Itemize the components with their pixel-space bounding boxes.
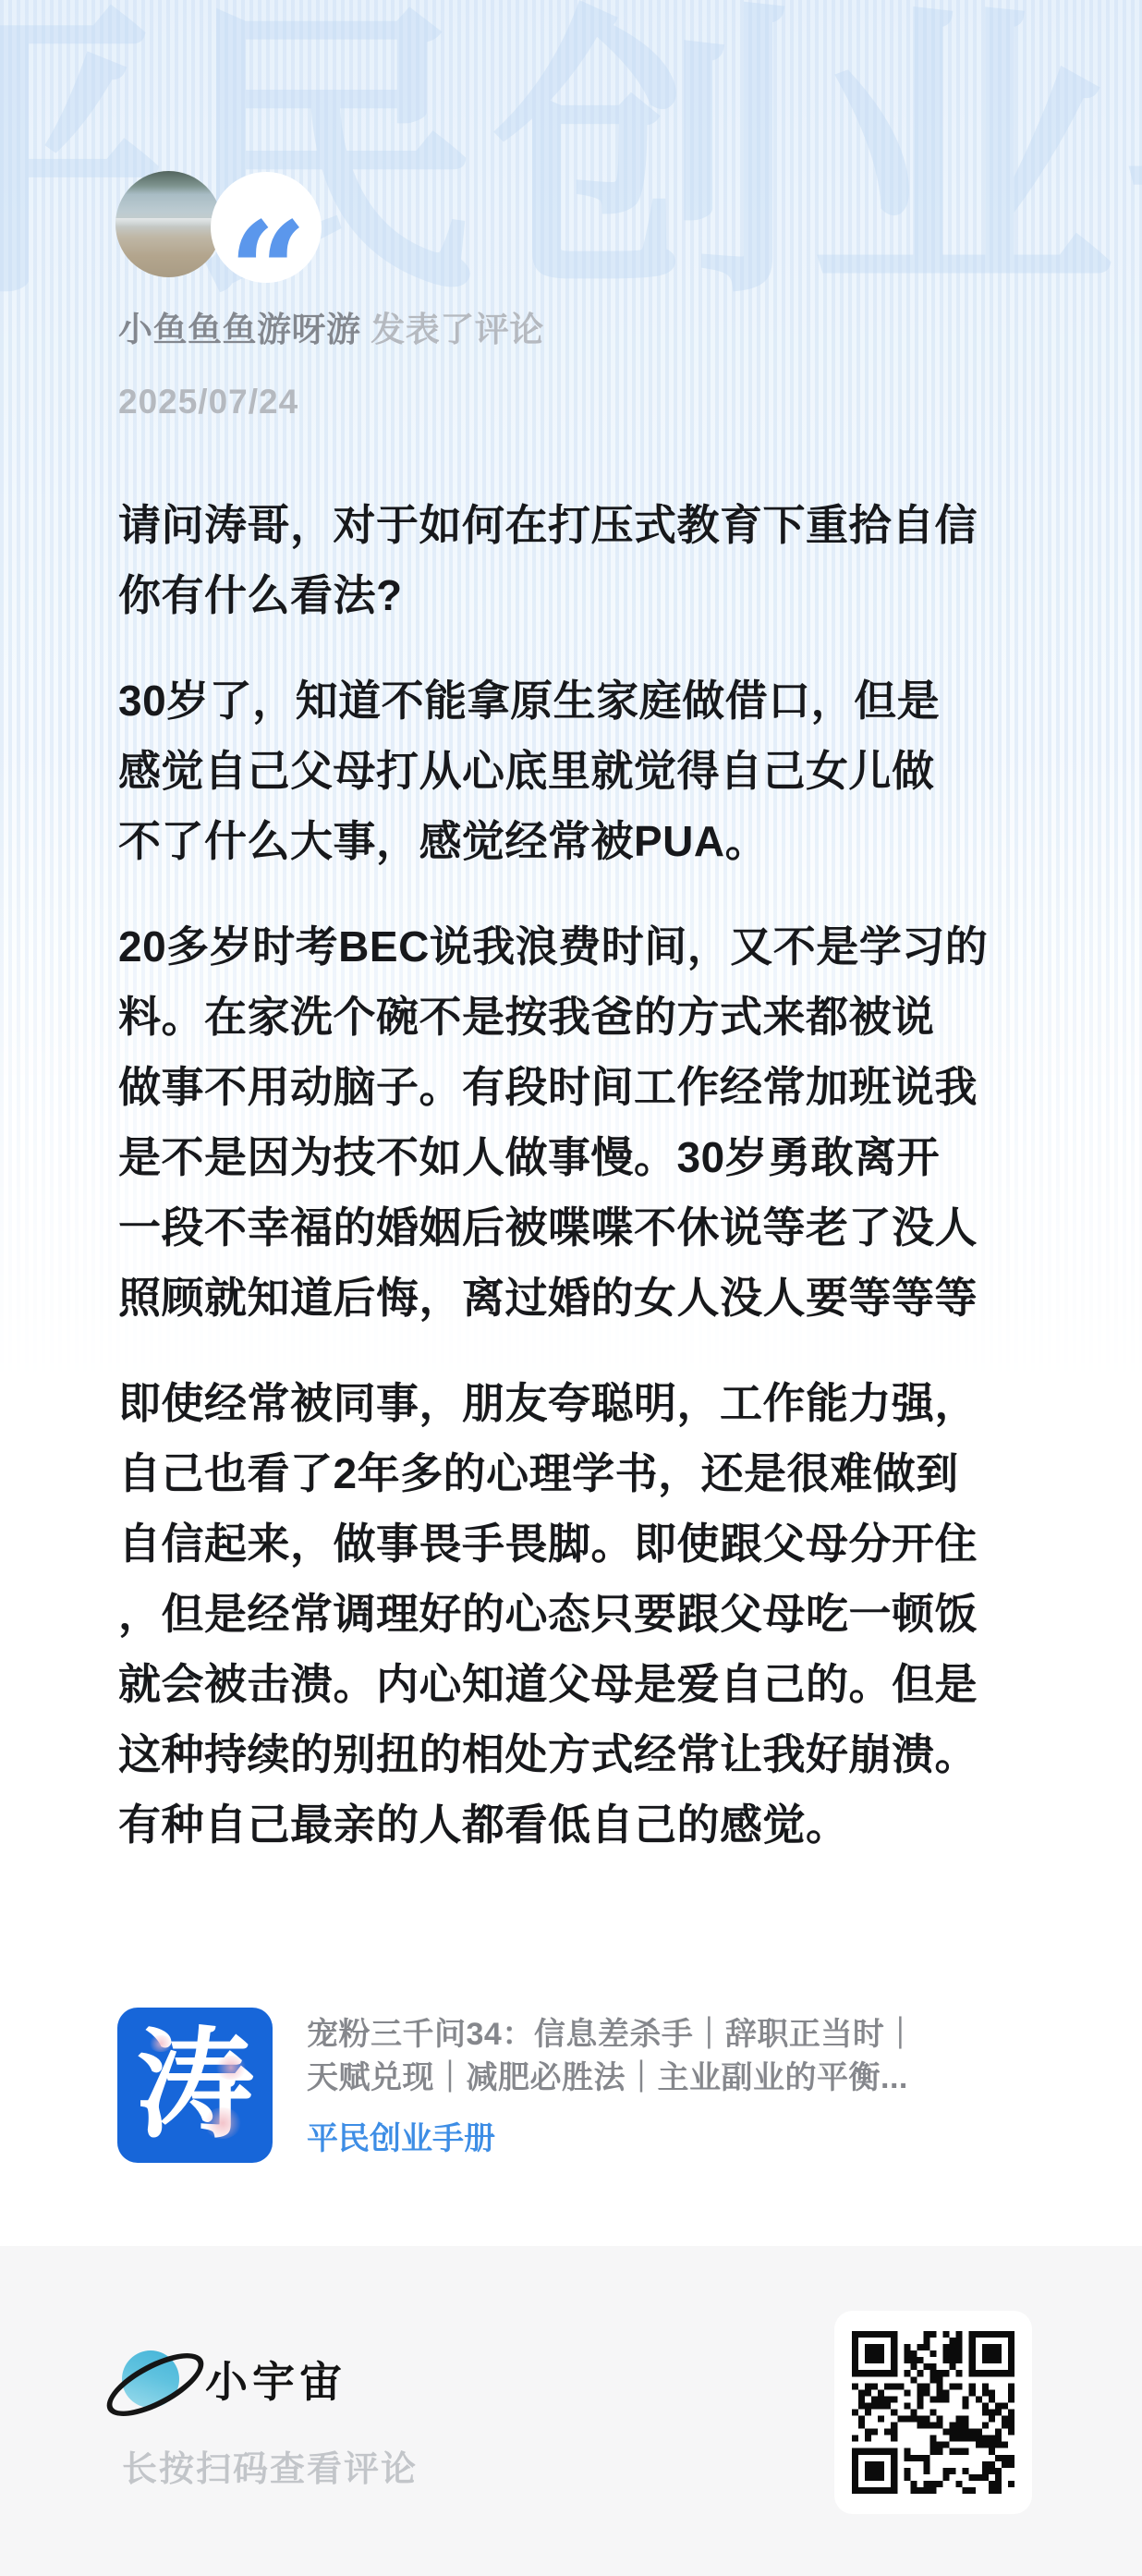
comment-paragraph: 20多岁时考BEC说我浪费时间，又不是学习的 料。在家洗个碗不是按我爸的方式来都… xyxy=(118,911,1033,1333)
cover-pink-accent xyxy=(215,2056,247,2080)
planet-icon xyxy=(109,2338,190,2420)
cover-pink-accent xyxy=(204,2107,241,2139)
user-action-label: 发表了评论 xyxy=(371,311,544,348)
episode-meta: 宠粉三千问34：信息差杀手｜辞职正当时｜ 天赋兑现｜减肥必胜法｜主业副业的平衡.… xyxy=(307,2008,917,2157)
user-line[interactable]: 小鱼鱼鱼游呀游 发表了评论 xyxy=(118,305,544,355)
comment-paragraph: 请问涛哥，对于如何在打压式教育下重拾自信 你有什么看法? xyxy=(118,490,1033,630)
scan-hint-text: 长按扫码查看评论 xyxy=(122,2440,418,2491)
podcast-name[interactable]: 平民创业手册 xyxy=(307,2120,917,2157)
comment-paragraph: 即使经常被同事，朋友夸聪明，工作能力强， 自己也看了2年多的心理学书，还是很难做… xyxy=(118,1368,1033,1860)
episode-title[interactable]: 宠粉三千问34：信息差杀手｜辞职正当时｜ 天赋兑现｜减肥必胜法｜主业副业的平衡.… xyxy=(307,2013,917,2100)
quote-badge: “ xyxy=(211,172,322,283)
episode-card[interactable]: 涛 宠粉三千问34：信息差杀手｜辞职正当时｜ 天赋兑现｜减肥必胜法｜主业副业的平… xyxy=(117,2008,1032,2163)
avatar[interactable] xyxy=(115,171,222,277)
comment-date: 2025/07/24 xyxy=(118,377,298,427)
qr-code[interactable] xyxy=(834,2311,1032,2514)
footer: 小宇宙 长按扫码查看评论 xyxy=(0,2246,1142,2576)
episode-cover[interactable]: 涛 xyxy=(117,2008,273,2163)
username[interactable]: 小鱼鱼鱼游呀游 xyxy=(118,311,361,348)
xiaoyuzhou-brand: 小宇宙 xyxy=(109,2338,346,2420)
comment-body: 请问涛哥，对于如何在打压式教育下重拾自信 你有什么看法? 30岁了，知道不能拿原… xyxy=(118,490,1033,1895)
cover-pink-accent xyxy=(149,2035,173,2052)
brand-wordmark: 小宇宙 xyxy=(205,2349,346,2410)
comment-paragraph: 30岁了，知道不能拿原生家庭做借口，但是 感觉自己父母打从心底里就觉得自己女儿做… xyxy=(118,665,1033,876)
qr-pattern xyxy=(852,2331,1014,2494)
